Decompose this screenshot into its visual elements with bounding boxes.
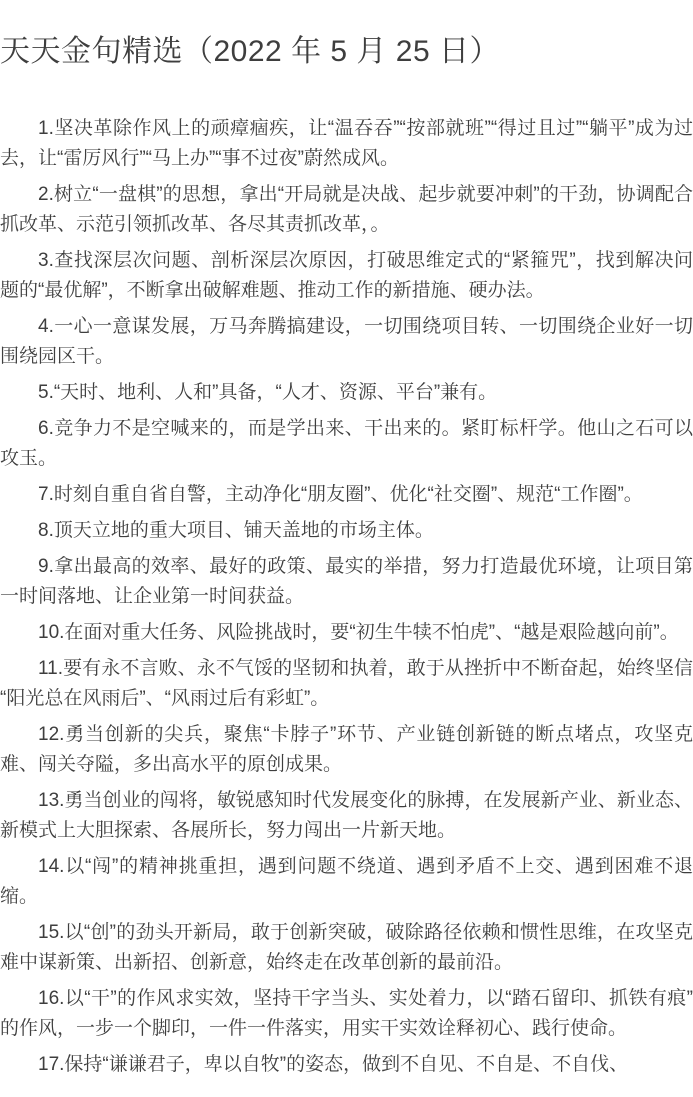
quote-paragraph: 10.在面对重大任务、风险挑战时，要“初生牛犊不怕虎”、“越是艰险越向前”。 (0, 618, 693, 648)
quote-paragraph: 3.查找深层次问题、剖析深层次原因，打破思维定式的“紧箍咒”，找到解决问题的“最… (0, 246, 693, 306)
page-title: 天天金句精选（2022 年 5 月 25 日） (0, 34, 693, 70)
quote-paragraph: 13.勇当创业的闯将，敏锐感知时代发展变化的脉搏，在发展新产业、新业态、新模式上… (0, 786, 693, 846)
quote-paragraph: 17.保持“谦谦君子，卑以自牧”的姿态，做到不自见、不自是、不自伐、 (0, 1050, 693, 1080)
quote-paragraph: 11.要有永不言败、永不气馁的坚韧和执着，敢于从挫折中不断奋起，始终坚信“阳光总… (0, 654, 693, 714)
quote-paragraph: 7.时刻自重自省自警，主动净化“朋友圈”、优化“社交圈”、规范“工作圈”。 (0, 480, 693, 510)
quote-paragraph: 8.顶天立地的重大项目、铺天盖地的市场主体。 (0, 516, 693, 546)
quote-paragraph: 9.拿出最高的效率、最好的政策、最实的举措，努力打造最优环境，让项目第一时间落地… (0, 552, 693, 612)
quote-paragraph: 12.勇当创新的尖兵，聚焦“卡脖子”环节、产业链创新链的断点堵点，攻坚克难、闯关… (0, 720, 693, 780)
quote-paragraph: 4.一心一意谋发展，万马奔腾搞建设，一切围绕项目转、一切围绕企业好一切围绕园区干… (0, 312, 693, 372)
quote-paragraph: 6.竞争力不是空喊来的，而是学出来、干出来的。紧盯标杆学。他山之石可以攻玉。 (0, 414, 693, 474)
quote-paragraph: 16.以“干”的作风求实效，坚持干字当头、实处着力，以“踏石留印、抓铁有痕”的作… (0, 984, 693, 1044)
quote-paragraph: 14.以“闯”的精神挑重担，遇到问题不绕道、遇到矛盾不上交、遇到困难不退缩。 (0, 852, 693, 912)
document-page: 天天金句精选（2022 年 5 月 25 日） 1.坚决革除作风上的顽瘴痼疾，让… (0, 0, 693, 1097)
quote-paragraph: 15.以“创”的劲头开新局，敢于创新突破，破除路径依赖和惯性思维，在攻坚克难中谋… (0, 918, 693, 978)
quote-paragraph: 1.坚决革除作风上的顽瘴痼疾，让“温吞吞”“按部就班”“得过且过”“躺平”成为过… (0, 114, 693, 174)
quote-paragraph: 5.“天时、地利、人和”具备，“人才、资源、平台”兼有。 (0, 378, 693, 408)
quote-paragraph: 2.树立“一盘棋”的思想，拿出“开局就是决战、起步就要冲刺”的干劲，协调配合抓改… (0, 180, 693, 240)
